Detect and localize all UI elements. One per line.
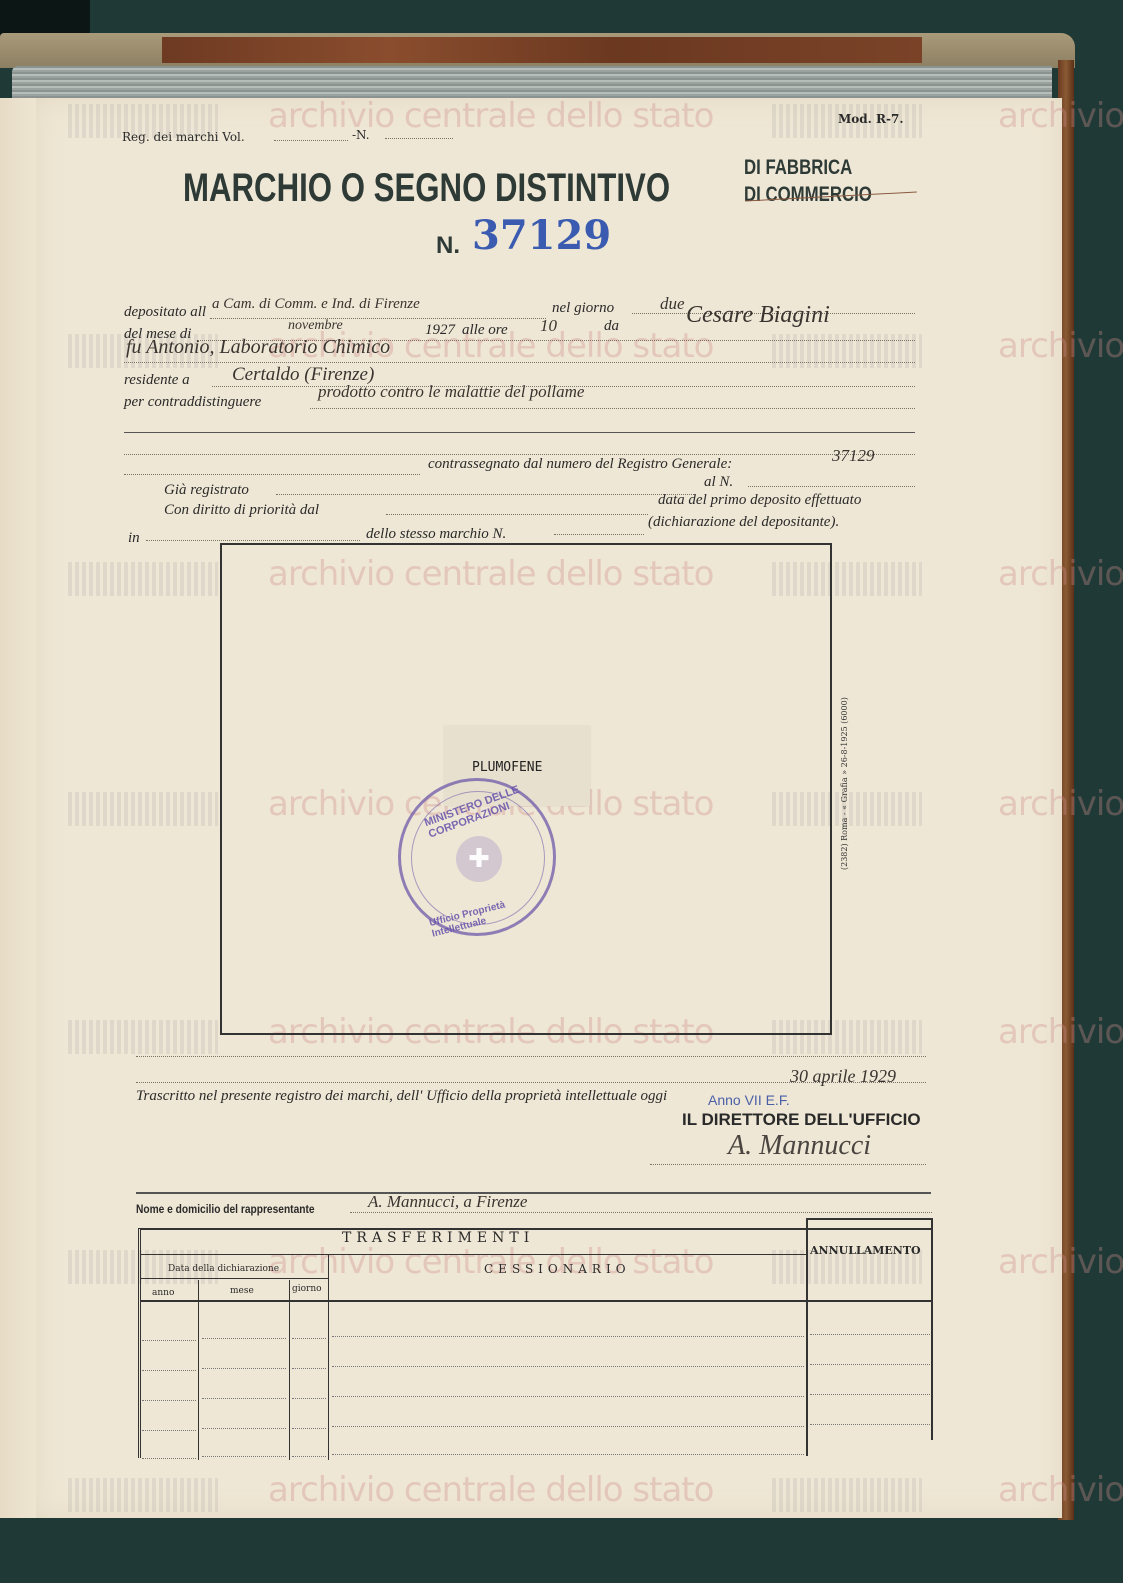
dotted-line: [124, 454, 915, 455]
hour-value: 10: [540, 316, 557, 336]
ledger-spine-wood: [162, 37, 922, 63]
month-value: novembre: [288, 318, 343, 334]
register-n-field[interactable]: [385, 138, 453, 139]
label-deposited: depositato all: [124, 304, 206, 321]
representative-value: A. Mannucci, a Firenze: [368, 1192, 527, 1212]
label-in: in: [128, 530, 140, 547]
date-group-header: Data della dichiarazione: [168, 1264, 279, 1274]
background-shadow: [0, 0, 90, 35]
table-divider: [140, 1254, 806, 1255]
ministry-stamp: MINISTERO DELLE CORPORAZIONI ✚ Ufficio P…: [398, 778, 556, 936]
annulment-header: ANNULLAMENTO: [810, 1244, 921, 1257]
al-n-field[interactable]: [748, 486, 915, 487]
dotted-line: [124, 362, 915, 363]
signature-line: [650, 1164, 926, 1165]
left-page-edge: [0, 98, 40, 1518]
priority-field[interactable]: [386, 514, 648, 515]
label-registry: contrassegnato dal numero del Registro G…: [428, 456, 732, 473]
transcription-label: Trascritto nel presente registro dei mar…: [136, 1088, 667, 1105]
label-hour: alle ore: [462, 322, 508, 339]
label-priority: Con diritto di priorità dal: [164, 502, 319, 519]
depositor-name: Cesare Biagini: [686, 302, 830, 329]
register-volume-label: Reg. dei marchi Vol.: [122, 130, 245, 144]
table-divider: [806, 1218, 808, 1456]
table-divider: [806, 1218, 932, 1220]
dotted-line: [210, 318, 546, 319]
purpose-value: prodotto contro le malattie del pollame: [318, 382, 584, 402]
divider: [124, 432, 915, 433]
ledger-page-edges: [12, 66, 1052, 100]
label-same-mark: dello stesso marchio N.: [366, 526, 506, 543]
transfers-title: TRASFERIMENTI: [342, 1230, 534, 1246]
day-value: due: [660, 294, 685, 314]
dotted-line: [124, 474, 420, 475]
table-divider: [198, 1280, 199, 1460]
label-day: nel giorno: [552, 300, 614, 317]
in-field[interactable]: [146, 540, 360, 541]
mark-number: 37129: [472, 212, 611, 259]
col-day-header: giorno: [292, 1284, 322, 1294]
volume-field[interactable]: [274, 140, 348, 141]
label-already-registered: Già registrato: [164, 482, 249, 499]
page-title: MARCHIO O SEGNO DISTINTIVO: [183, 166, 670, 211]
label-resident: residente a: [124, 372, 190, 389]
director-signature: A. Mannucci: [728, 1130, 871, 1162]
subtitle-fabbrica: DI FABBRICA: [744, 156, 852, 180]
table-divider: [289, 1280, 290, 1460]
year-value: 1927: [425, 322, 455, 339]
depositor-line2: fu Antonio, Laboratorio Chimico: [126, 336, 390, 359]
table-divider: [328, 1254, 329, 1460]
dotted-line: [136, 1056, 926, 1057]
representative-label: Nome e domicilio del rappresentante: [136, 1202, 315, 1216]
table-divider: [140, 1278, 328, 1279]
registry-number: 37129: [832, 446, 875, 466]
ledger-cover-top: [0, 33, 1075, 68]
same-mark-field[interactable]: [554, 534, 644, 535]
already-registered-field[interactable]: [276, 494, 694, 495]
table-divider: [931, 1218, 933, 1440]
col-year-header: anno: [152, 1288, 174, 1298]
table-header-rule: [140, 1300, 932, 1302]
transcription-date: 30 aprile 1929: [790, 1066, 896, 1087]
assignee-header: CESSIONARIO: [484, 1262, 631, 1276]
divider: [136, 1192, 931, 1194]
register-n-label: -N.: [352, 128, 370, 142]
label-declaration: (dichiarazione del depositante).: [648, 514, 839, 531]
label-purpose: per contraddistinguere: [124, 394, 261, 411]
director-label: IL DIRETTORE DELL'UFFICIO: [682, 1110, 921, 1130]
dotted-line: [310, 408, 915, 409]
number-prefix: N.: [436, 232, 460, 260]
form-code: Mod. R-7.: [838, 112, 904, 126]
label-al-n: al N.: [704, 474, 733, 491]
deposited-at-value: a Cam. di Comm. e Ind. di Firenze: [212, 296, 420, 313]
savoy-cross-icon: ✚: [456, 836, 502, 882]
mark-label-text: PLUMOFENE: [472, 760, 542, 775]
label-first-deposit: data del primo deposito effettuato: [658, 492, 861, 509]
col-month-header: mese: [230, 1286, 254, 1296]
label-by: da: [604, 318, 619, 335]
printer-note: (2382) Roma - « Grafia » 26-8-1925 (6000…: [840, 697, 849, 870]
dotted-line: [350, 1212, 932, 1213]
anno-stamp: Anno VII E.F.: [708, 1092, 790, 1108]
